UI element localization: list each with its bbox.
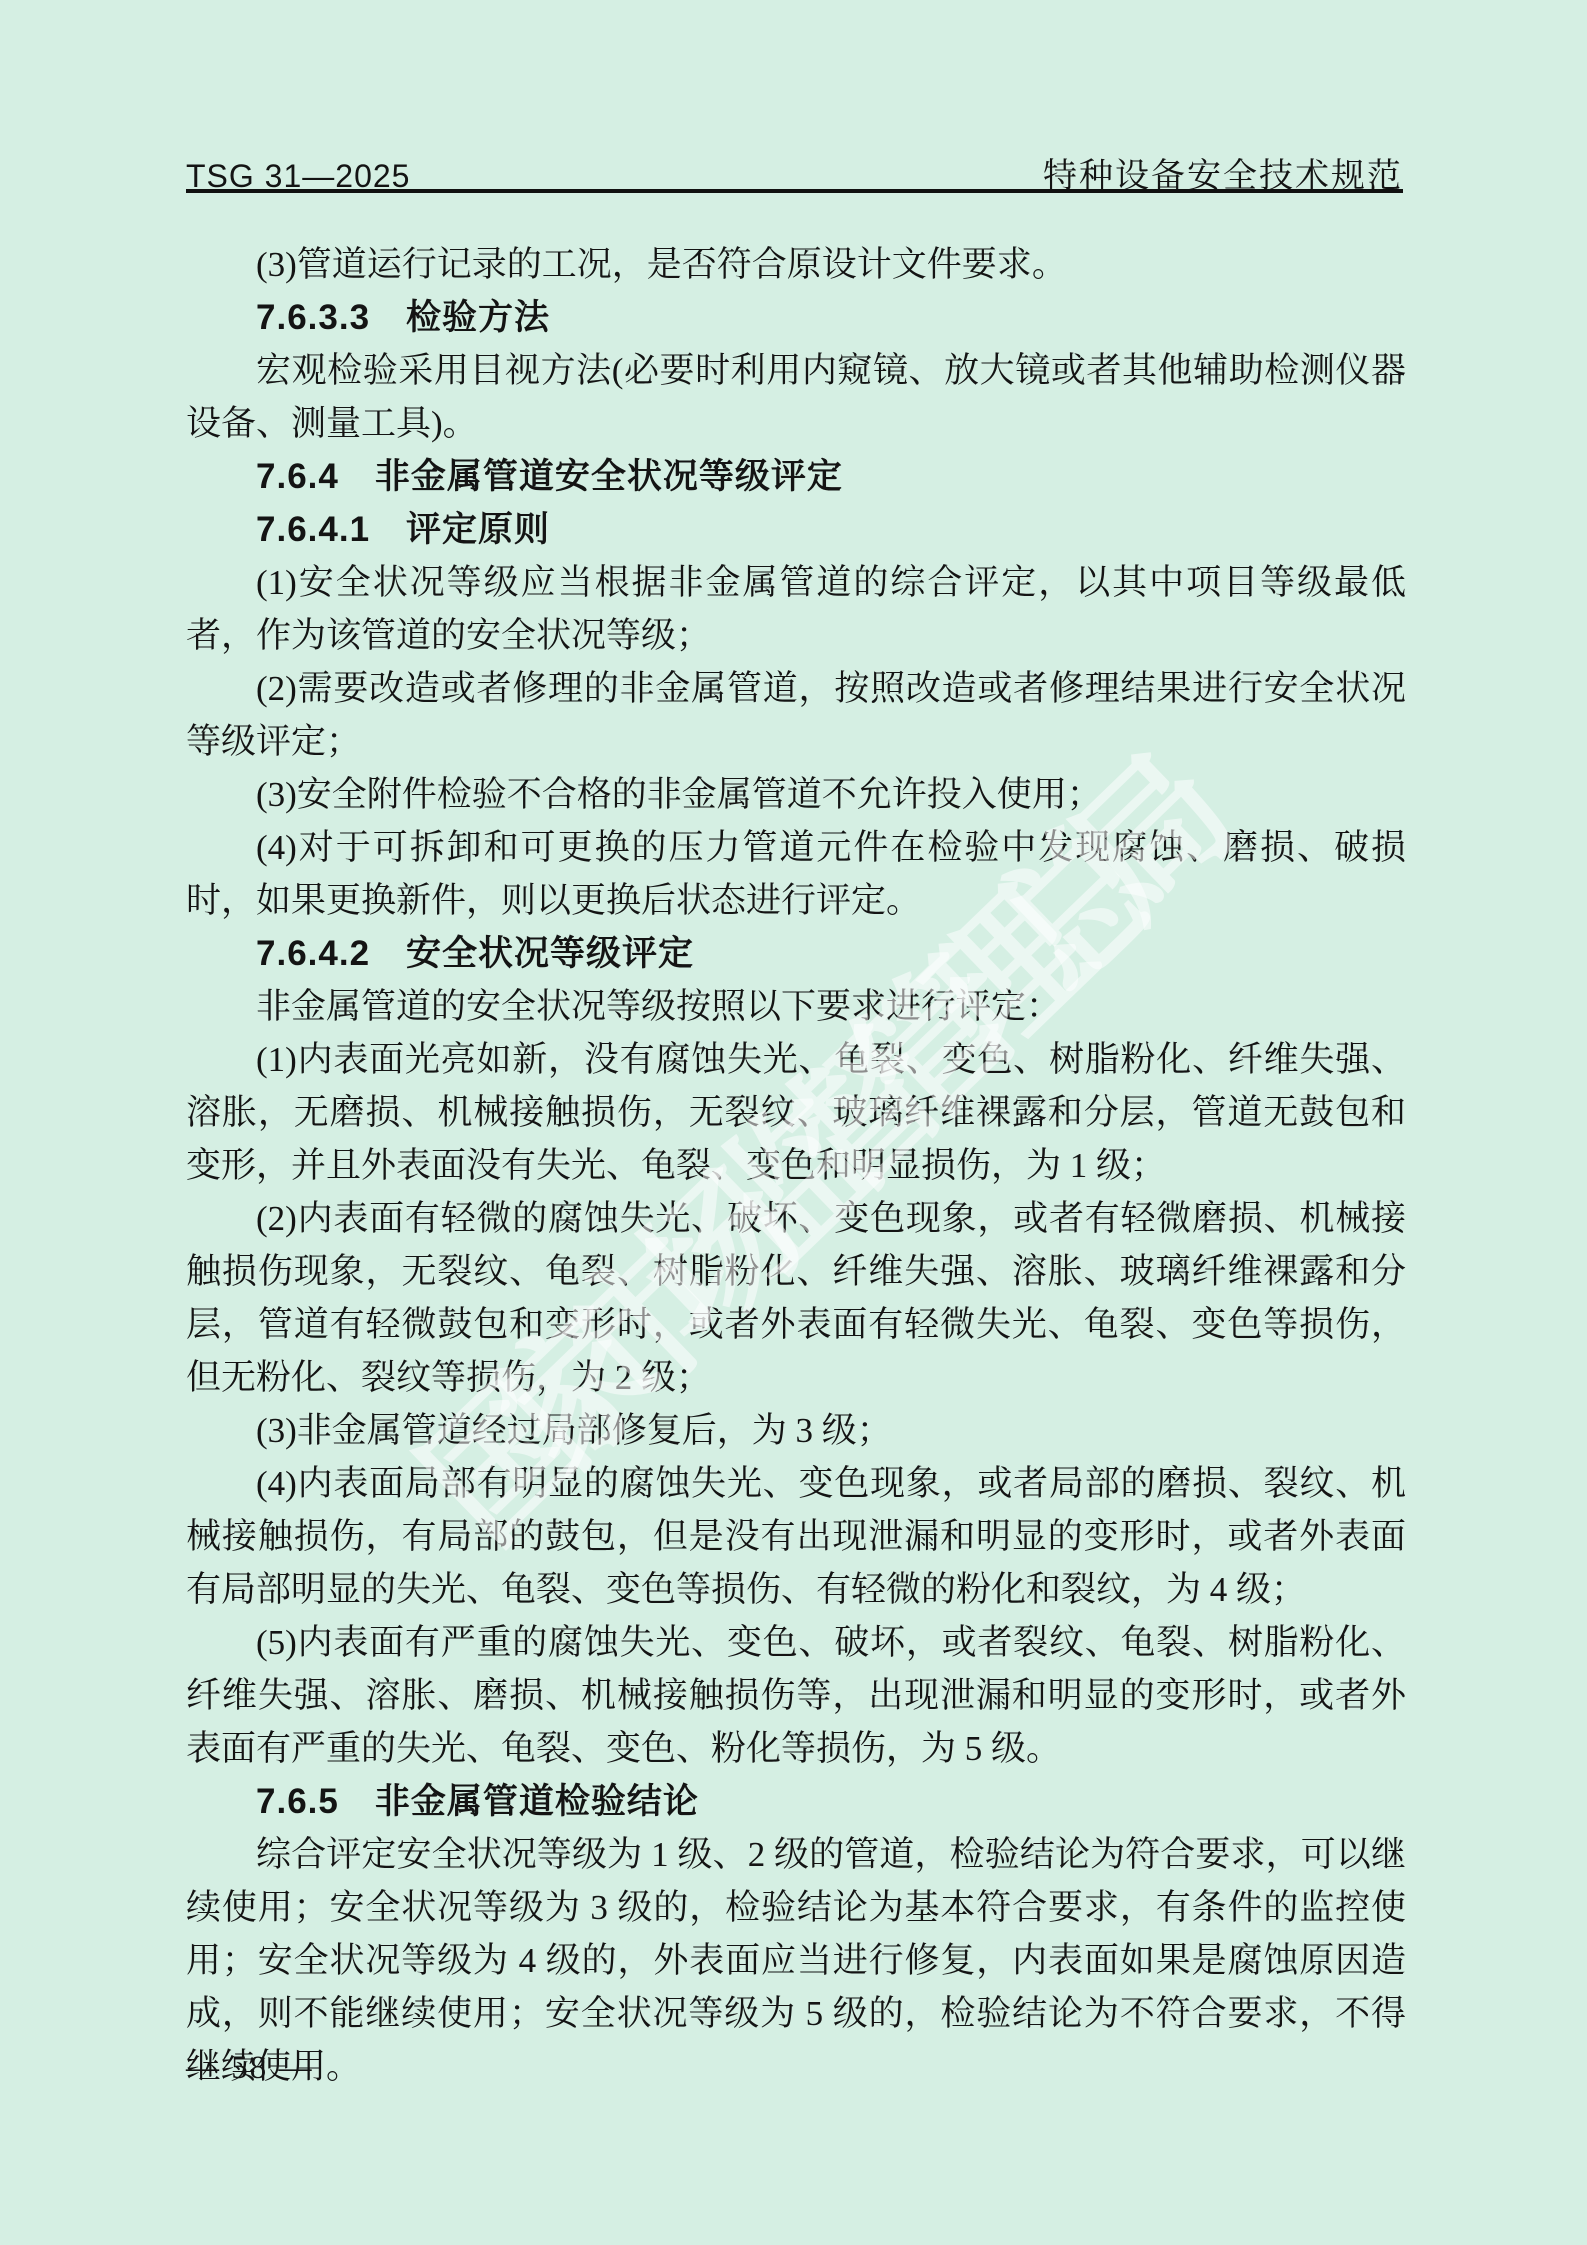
section-heading: 7.6.4 非金属管道安全状况等级评定: [186, 450, 1406, 503]
body-paragraph: 综合评定安全状况等级为 1 级、2 级的管道，检验结论为符合要求，可以继续使用；…: [186, 1828, 1406, 2093]
body-paragraph: (4)对于可拆卸和可更换的压力管道元件在检验中发现腐蚀、磨损、破损时，如果更换新…: [186, 821, 1406, 927]
body-paragraph: (1)安全状况等级应当根据非金属管道的综合评定，以其中项目等级最低者，作为该管道…: [186, 556, 1406, 662]
section-heading: 7.6.5 非金属管道检验结论: [186, 1775, 1406, 1828]
header-rule: [186, 189, 1403, 193]
body-paragraph: 宏观检验采用目视方法(必要时利用内窥镜、放大镜或者其他辅助检测仪器设备、测量工具…: [186, 344, 1406, 450]
section-heading: 7.6.4.1 评定原则: [186, 503, 1406, 556]
body-paragraph: (2)内表面有轻微的腐蚀失光、破坏、变色现象，或者有轻微磨损、机械接触损伤现象，…: [186, 1192, 1406, 1404]
body-paragraph: (2)需要改造或者修理的非金属管道，按照改造或者修理结果进行安全状况等级评定；: [186, 662, 1406, 768]
body-paragraph: (3)安全附件检验不合格的非金属管道不允许投入使用；: [186, 768, 1406, 821]
page-number: — 58 —: [186, 2046, 314, 2090]
body-paragraph: 非金属管道的安全状况等级按照以下要求进行评定：: [186, 980, 1406, 1033]
body-paragraph: (1)内表面光亮如新，没有腐蚀失光、龟裂、变色、树脂粉化、纤维失强、溶胀，无磨损…: [186, 1033, 1406, 1192]
body-paragraph: (3)管道运行记录的工况，是否符合原设计文件要求。: [186, 238, 1406, 291]
document-page: TSG 31—2025 特种设备安全技术规范 (3)管道运行记录的工况，是否符合…: [0, 0, 1587, 2245]
section-heading: 7.6.4.2 安全状况等级评定: [186, 927, 1406, 980]
body-paragraph: (4)内表面局部有明显的腐蚀失光、变色现象，或者局部的磨损、裂纹、机械接触损伤，…: [186, 1457, 1406, 1616]
section-heading: 7.6.3.3 检验方法: [186, 291, 1406, 344]
body-paragraph: (3)非金属管道经过局部修复后，为 3 级；: [186, 1404, 1406, 1457]
body-paragraph: (5)内表面有严重的腐蚀失光、变色、破坏，或者裂纹、龟裂、树脂粉化、纤维失强、溶…: [186, 1616, 1406, 1775]
document-body: (3)管道运行记录的工况，是否符合原设计文件要求。7.6.3.3 检验方法宏观检…: [186, 238, 1406, 2093]
